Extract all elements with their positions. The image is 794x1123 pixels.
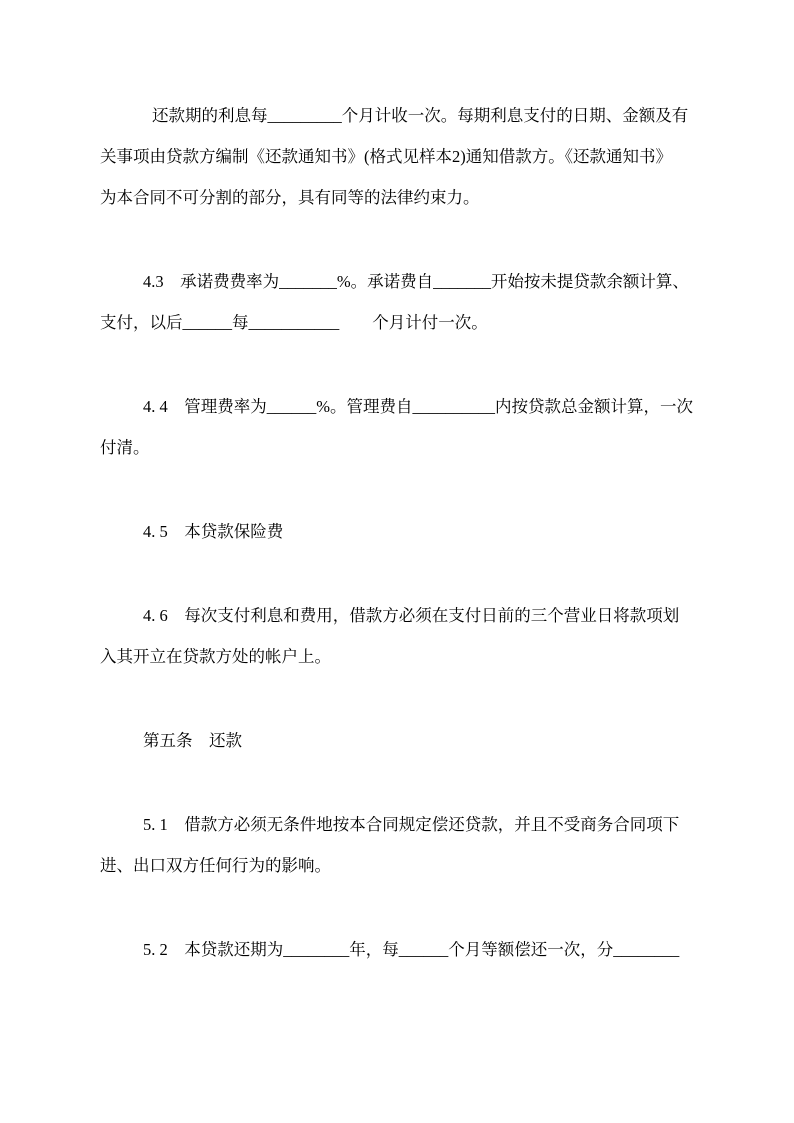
text-line: 关事项由贷款方编制《还款通知书》(格式见样本2)通知借款方。《还款通知书》 [100, 136, 694, 177]
paragraph-clause-5-1: 5. 1 借款方必须无条件地按本合同规定偿还贷款，并且不受商务合同项下 进、出口… [100, 804, 694, 886]
paragraph-clause-4-6: 4. 6 每次支付利息和费用，借款方必须在支付日前的三个营业日将款项划 入其开立… [100, 595, 694, 677]
text-line: 为本合同不可分割的部分，具有同等的法律约束力。 [100, 177, 694, 218]
text-line: 4. 6 每次支付利息和费用，借款方必须在支付日前的三个营业日将款项划 [100, 595, 694, 636]
text-line: 5. 2 本贷款还期为________年，每______个月等额偿还一次，分__… [100, 929, 694, 970]
paragraph-clause-4-4: 4. 4 管理费率为______%。管理费自__________内按贷款总金额计… [100, 386, 694, 468]
text-line: 还款期的利息每_________个月计收一次。每期利息支付的日期、金额及有 [100, 95, 694, 136]
heading-line: 第五条 还款 [100, 720, 694, 761]
paragraph-clause-4-3: 4.3 承诺费费率为_______%。承诺费自_______开始按未提贷款余额计… [100, 261, 694, 343]
text-line: 4. 5 本贷款保险费 [100, 511, 694, 552]
text-line: 4.3 承诺费费率为_______%。承诺费自_______开始按未提贷款余额计… [100, 261, 694, 302]
text-line: 入其开立在贷款方处的帐户上。 [100, 636, 694, 677]
text-line: 4. 4 管理费率为______%。管理费自__________内按贷款总金额计… [100, 386, 694, 427]
contract-document-page: 还款期的利息每_________个月计收一次。每期利息支付的日期、金额及有 关事… [0, 0, 794, 1123]
paragraph-clause-5-2: 5. 2 本贷款还期为________年，每______个月等额偿还一次，分__… [100, 929, 694, 970]
paragraph-interest-collection: 还款期的利息每_________个月计收一次。每期利息支付的日期、金额及有 关事… [100, 95, 694, 218]
paragraph-clause-4-5: 4. 5 本贷款保险费 [100, 511, 694, 552]
text-line: 支付，以后______每___________ 个月计付一次。 [100, 302, 694, 343]
text-line: 进、出口双方任何行为的影响。 [100, 845, 694, 886]
heading-article-5: 第五条 还款 [100, 720, 694, 761]
text-line: 付清。 [100, 427, 694, 468]
text-line: 5. 1 借款方必须无条件地按本合同规定偿还贷款，并且不受商务合同项下 [100, 804, 694, 845]
